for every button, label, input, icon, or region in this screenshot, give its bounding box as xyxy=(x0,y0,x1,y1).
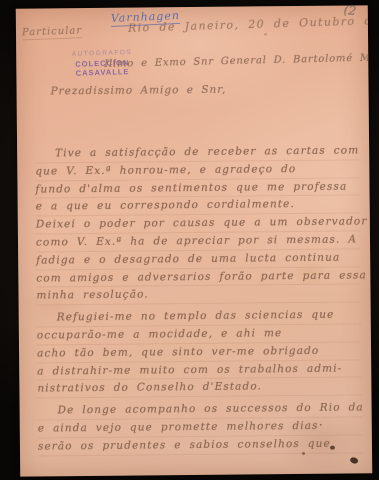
paper-stain-speck xyxy=(330,446,335,450)
paper-stain-speck xyxy=(264,33,267,35)
paper-stain-speck xyxy=(302,452,305,455)
letter-line: serão os prudentes e sabios conselhos qu… xyxy=(38,435,362,456)
letter-line: minha resolução. xyxy=(36,285,360,306)
letter-page: Varnhagen (2 Rio de Janeiro, 20 de Outub… xyxy=(16,5,372,476)
letter-line: nistrativos do Conselho d'Estado. xyxy=(37,378,361,399)
paper-stain-speck xyxy=(320,424,322,426)
scan-black-border: Varnhagen (2 Rio de Janeiro, 20 de Outub… xyxy=(0,0,379,480)
letter-body: Tive a satisfacção de receber as cartas … xyxy=(35,142,362,456)
privacy-label: Particular xyxy=(22,25,83,40)
paper-stain-speck xyxy=(349,456,359,464)
salutation-line: Prezadissimo Amigo e Snr, xyxy=(50,84,226,98)
